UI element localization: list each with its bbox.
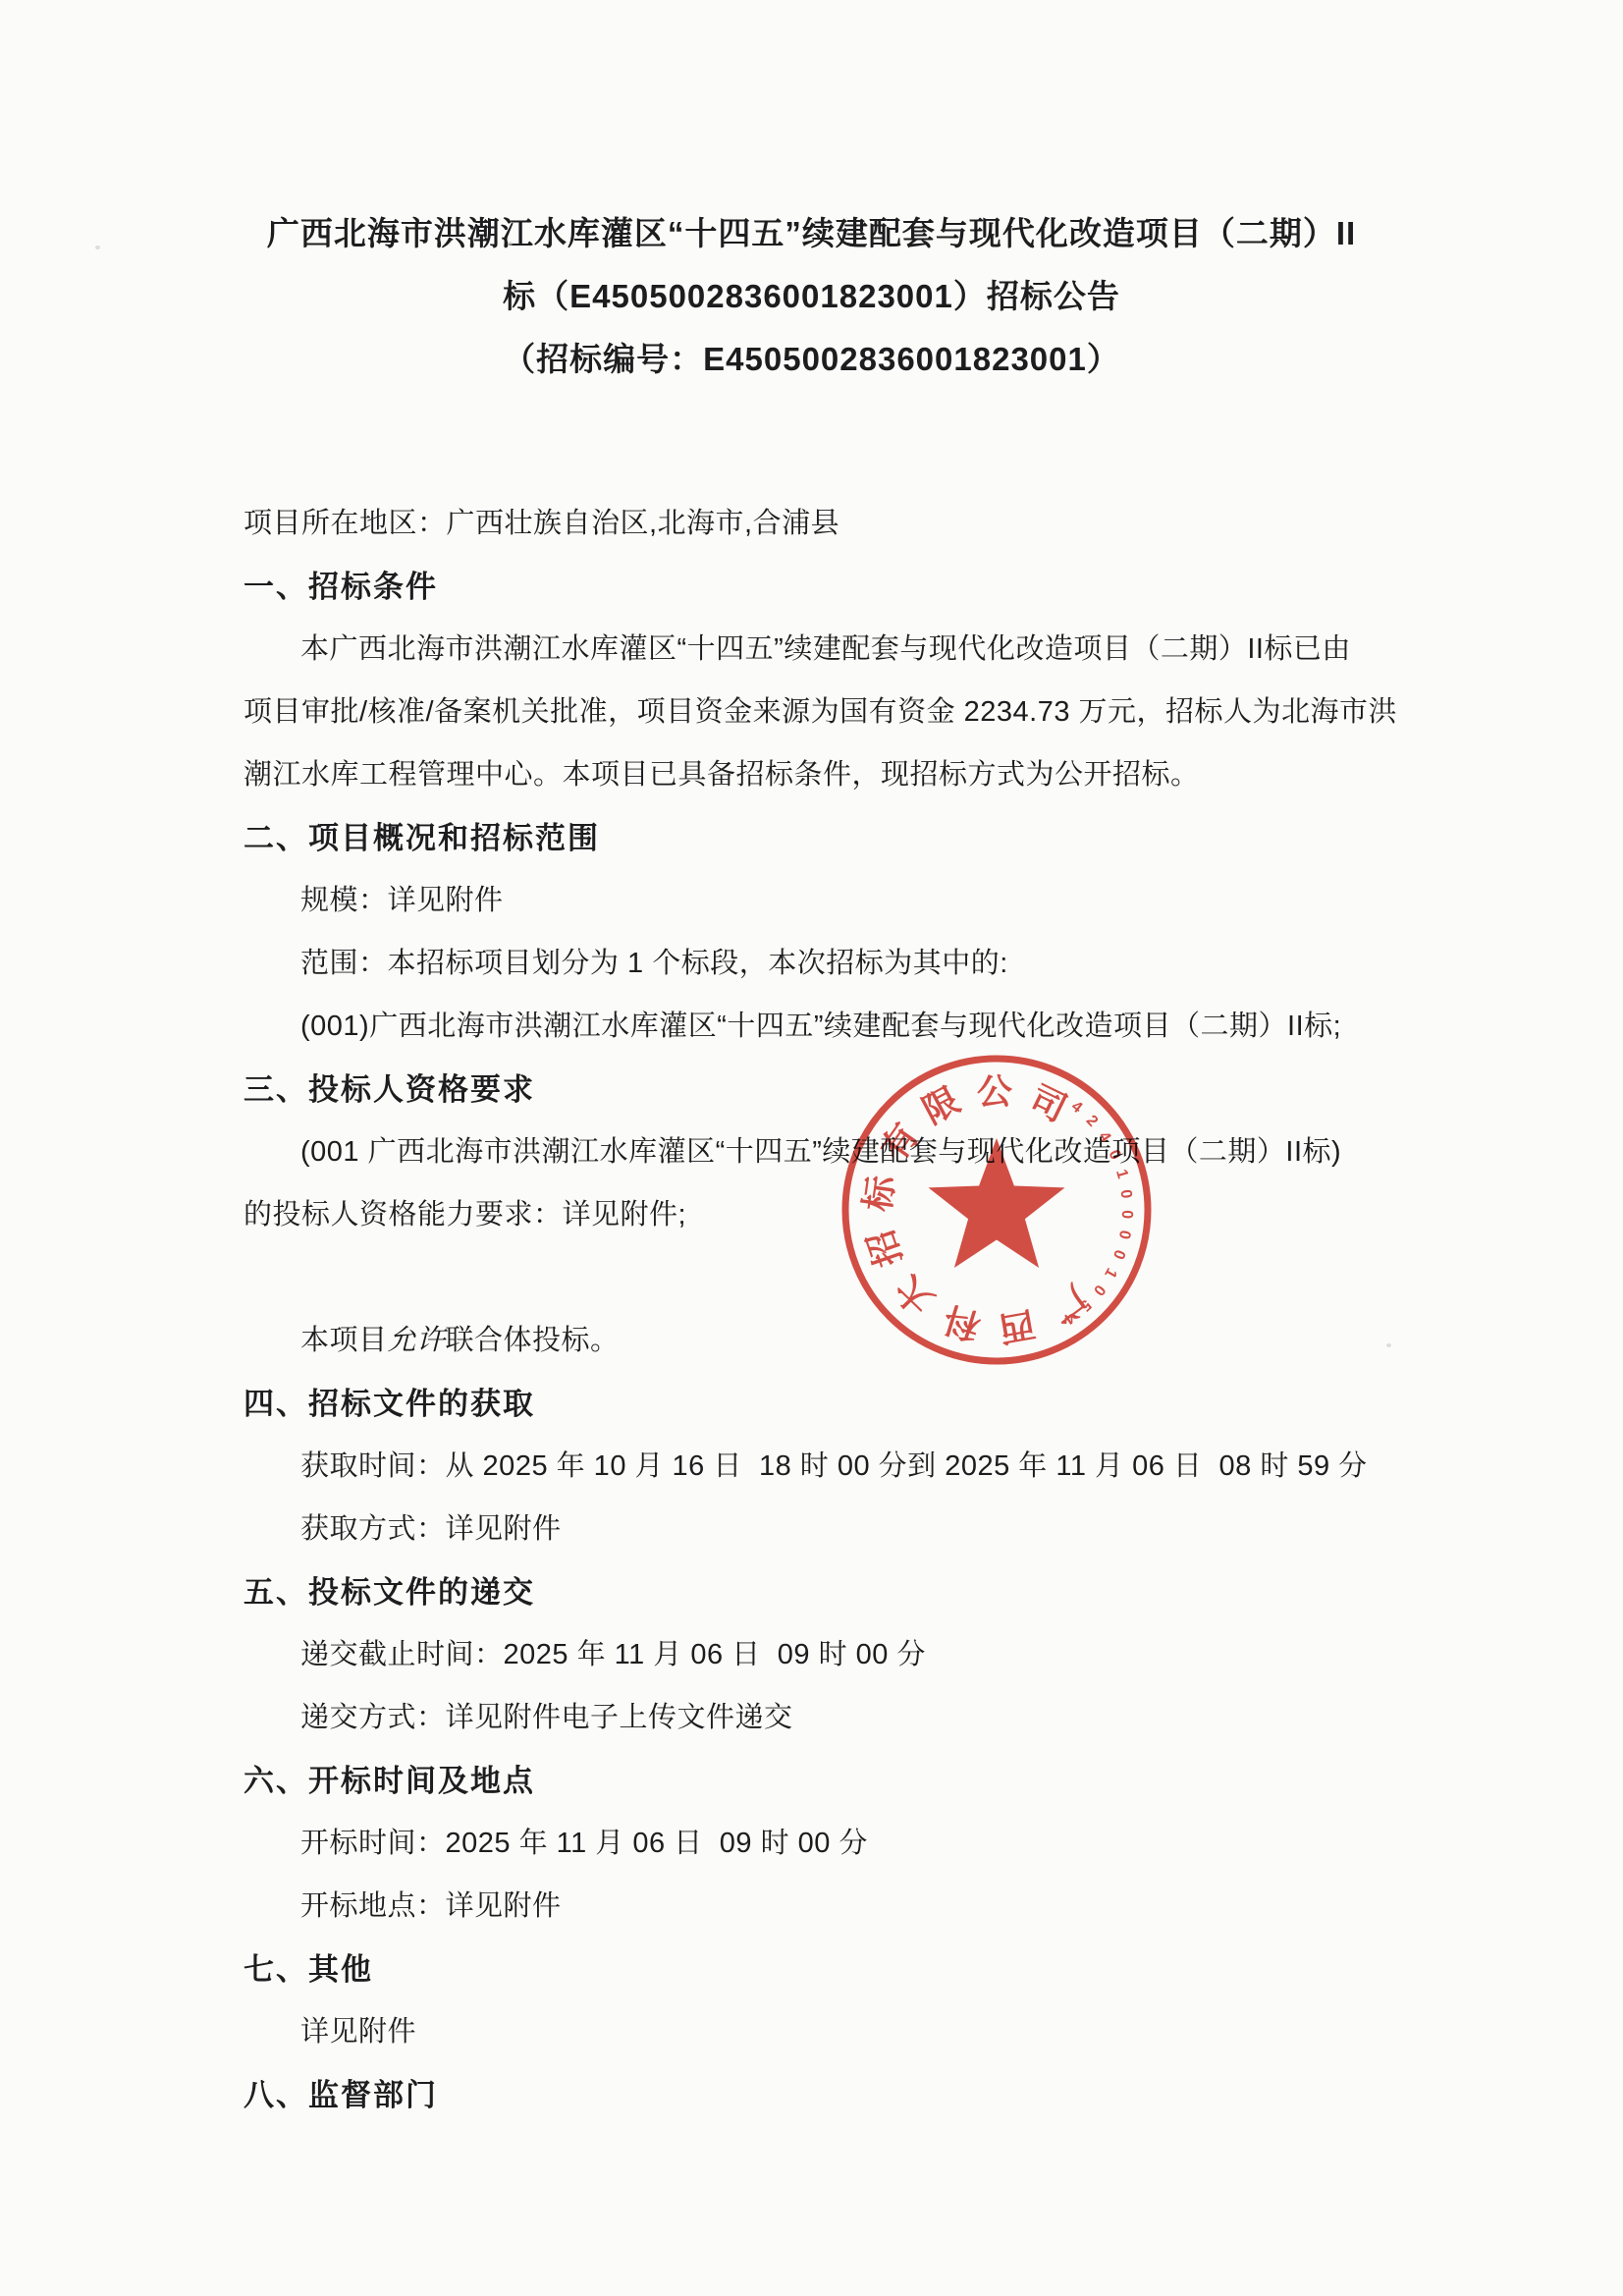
stamp-company-char: 西 bbox=[997, 1303, 1039, 1349]
stamp-serial-digit: 4 bbox=[1095, 1128, 1113, 1145]
section-heading: 六、开标时间及地点 bbox=[243, 1746, 1436, 1809]
page-smudge bbox=[95, 246, 100, 249]
stamp-serial-digit: 1 bbox=[1112, 1168, 1131, 1180]
document-line: 开标时间：2025 年 11 月 06 日 09 时 00 分 bbox=[243, 1809, 1436, 1872]
document-line: 获取时间：从 2025 年 10 月 16 日 18 时 00 分到 2025 … bbox=[243, 1432, 1436, 1495]
document-line: 递交截止时间：2025 年 11 月 06 日 09 时 00 分 bbox=[243, 1620, 1436, 1683]
stamp-serial-digit: 2 bbox=[1083, 1113, 1102, 1130]
section-heading: 八、监督部门 bbox=[243, 2060, 1436, 2123]
text-run: 的投标人资格能力要求：详见附件; bbox=[243, 1192, 686, 1232]
text-run: 递交方式：详见附件电子上传文件递交 bbox=[300, 1695, 793, 1735]
document-title-line-2: 标（E4505002836001823001）招标公告 bbox=[0, 262, 1623, 325]
stamp-serial-digit: 0 bbox=[1106, 1147, 1124, 1162]
document-title-line-3: （招标编号：E4505002836001823001） bbox=[0, 325, 1623, 388]
section-heading: 二、项目概况和招标范围 bbox=[243, 803, 1436, 866]
stamp-company-char: 公 bbox=[977, 1071, 1013, 1113]
text-run: 递交截止时间：2025 年 11 月 06 日 09 时 00 分 bbox=[300, 1632, 926, 1672]
document-line: 项目所在地区：广西壮族自治区,北海市,合浦县 bbox=[243, 489, 1436, 552]
text-run: 二、项目概况和招标范围 bbox=[243, 813, 600, 857]
text-run: 项目审批/核准/备案机关批准，项目资金来源为国有资金 2234.73 万元，招标… bbox=[243, 689, 1397, 730]
document-line: 开标地点：详见附件 bbox=[243, 1872, 1436, 1935]
text-run: 六、开标时间及地点 bbox=[243, 1756, 535, 1800]
stamp-company-char: 标 bbox=[857, 1173, 902, 1214]
document-line: 获取方式：详见附件 bbox=[243, 1495, 1436, 1558]
text-run: 潮江水库工程管理中心。本项目已具备招标条件，现招标方式为公开招标。 bbox=[243, 752, 1200, 793]
document-title: 广西北海市洪潮江水库灌区“十四五”续建配套与现代化改造项目（二期）II 标（E4… bbox=[0, 199, 1623, 388]
stamp-company-char: 司 bbox=[1024, 1077, 1073, 1129]
stamp-company-char: 限 bbox=[916, 1079, 966, 1131]
text-run: 七、其他 bbox=[243, 1944, 373, 1989]
document-line: 范围：本招标项目划分为 1 个标段，本次招标为其中的: bbox=[243, 929, 1436, 992]
section-heading: 七、其他 bbox=[243, 1935, 1436, 1997]
document-line: 规模：详见附件 bbox=[243, 866, 1436, 929]
document-title-line-1: 广西北海市洪潮江水库灌区“十四五”续建配套与现代化改造项目（二期）II bbox=[0, 199, 1623, 262]
section-heading: 五、投标文件的递交 bbox=[243, 1558, 1436, 1620]
text-run: 八、监督部门 bbox=[243, 2070, 438, 2114]
stamp-serial-digit: 0 bbox=[1115, 1229, 1133, 1240]
stamp-serial-digit: 0 bbox=[1109, 1247, 1128, 1261]
text-run: 本广西北海市洪潮江水库灌区“十四五”续建配套与现代化改造项目（二期）II标已由 bbox=[300, 627, 1351, 667]
document-line: 潮江水库工程管理中心。本项目已具备招标条件，现招标方式为公开招标。 bbox=[243, 740, 1436, 803]
document-line: 项目审批/核准/备案机关批准，项目资金来源为国有资金 2234.73 万元，招标… bbox=[243, 678, 1436, 740]
star-icon bbox=[929, 1138, 1065, 1268]
text-run: 三、投标人资格要求 bbox=[243, 1065, 535, 1109]
document-page: 广西北海市洪潮江水库灌区“十四五”续建配套与现代化改造项目（二期）II 标（E4… bbox=[0, 0, 1623, 2296]
text-run: 开标地点：详见附件 bbox=[300, 1884, 562, 1924]
page-smudge bbox=[1386, 1343, 1391, 1347]
stamp-serial-digit: 0 bbox=[1117, 1188, 1135, 1199]
section-heading: 一、招标条件 bbox=[243, 552, 1436, 615]
document-line: 本广西北海市洪潮江水库灌区“十四五”续建配套与现代化改造项目（二期）II标已由 bbox=[243, 615, 1436, 678]
company-stamp: 广西科大招标有限公司 4501000010424 bbox=[820, 1033, 1173, 1387]
text-run: 获取方式：详见附件 bbox=[300, 1506, 562, 1547]
text-run: 项目所在地区：广西壮族自治区,北海市,合浦县 bbox=[243, 501, 839, 541]
text-run: 详见附件 bbox=[300, 2009, 416, 2050]
stamp-serial-digit: 4 bbox=[1068, 1098, 1086, 1117]
stamp-company-char: 招 bbox=[860, 1226, 909, 1272]
emphasis-text: 允许 bbox=[388, 1318, 446, 1358]
text-run: 范围：本招标项目划分为 1 个标段，本次招标为其中的: bbox=[300, 941, 1008, 981]
document-line: 详见附件 bbox=[243, 1997, 1436, 2060]
stamp-company-char: 大 bbox=[888, 1268, 941, 1322]
stamp-company-char: 有 bbox=[873, 1116, 926, 1168]
text-run: 本项目 bbox=[300, 1318, 388, 1358]
stamp-serial-digit: 1 bbox=[1101, 1265, 1119, 1281]
text-run: 五、投标文件的递交 bbox=[243, 1567, 535, 1612]
text-run: 联合体投标。 bbox=[446, 1318, 620, 1358]
stamp-serial-digit: 0 bbox=[1118, 1210, 1135, 1220]
stamp-company-char: 科 bbox=[940, 1298, 985, 1347]
text-run: 规模：详见附件 bbox=[300, 878, 504, 918]
text-run: 开标时间：2025 年 11 月 06 日 09 时 00 分 bbox=[300, 1821, 868, 1861]
text-run: 获取时间：从 2025 年 10 月 16 日 18 时 00 分到 2025 … bbox=[300, 1444, 1368, 1484]
text-run: 四、招标文件的获取 bbox=[243, 1379, 535, 1423]
stamp-serial-digit: 0 bbox=[1090, 1282, 1109, 1299]
document-line: 递交方式：详见附件电子上传文件递交 bbox=[243, 1683, 1436, 1746]
page-smudge bbox=[508, 242, 513, 246]
text-run: 一、招标条件 bbox=[243, 562, 438, 606]
